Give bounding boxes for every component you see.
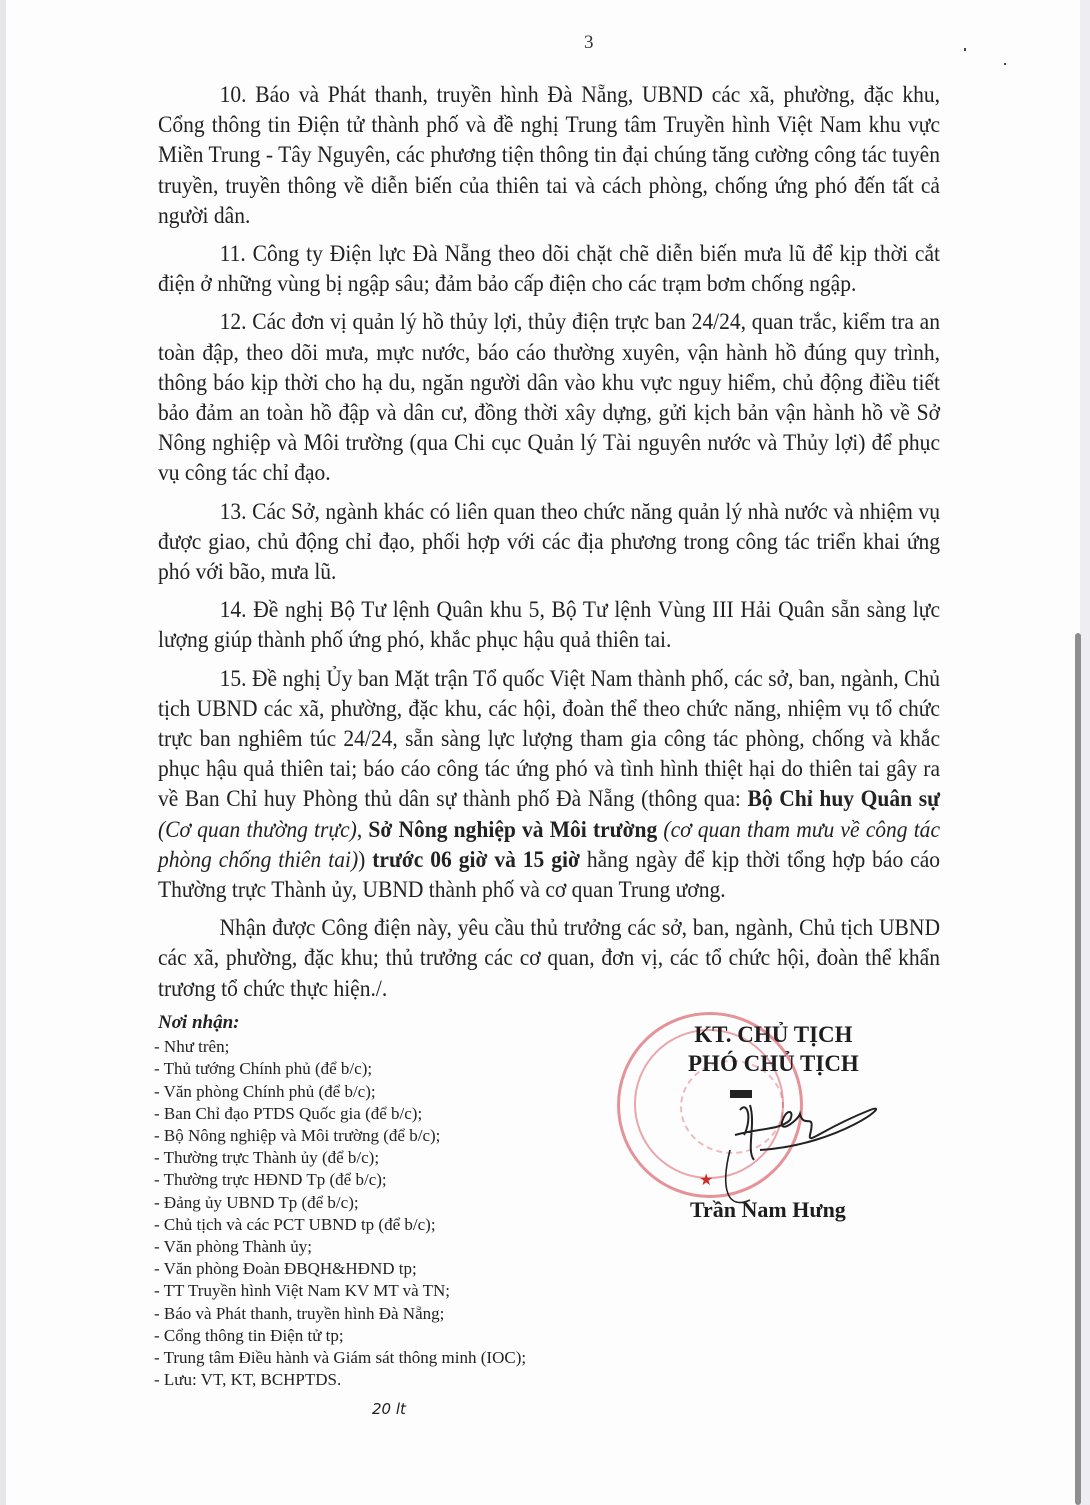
recipient-item: - Văn phòng Chính phủ (để b/c); xyxy=(154,1081,526,1103)
scan-speck xyxy=(1004,63,1006,65)
p15-bold-agri-dept: Sở Nông nghiệp và Môi trường xyxy=(368,817,657,843)
document-body: 10. Báo và Phát thanh, truyền hình Đà Nẵ… xyxy=(158,80,940,1012)
paragraph-15: 15. Đề nghị Ủy ban Mặt trận Tổ quốc Việt… xyxy=(158,664,940,906)
closing-paragraph: Nhận được Công điện này, yêu cầu thủ trư… xyxy=(158,913,940,1004)
recipient-item: - Văn phòng Đoàn ĐBQH&HĐND tp; xyxy=(154,1258,526,1280)
handwritten-note: 20 lt xyxy=(372,1400,406,1418)
recipient-item: - Văn phòng Thành ủy; xyxy=(154,1236,526,1258)
recipient-item: - Ban Chỉ đạo PTDS Quốc gia (để b/c); xyxy=(154,1103,526,1125)
recipient-item: - Cổng thông tin Điện tử tp; xyxy=(154,1325,526,1347)
page-number: 3 xyxy=(584,32,594,54)
signature-title-1: KT. CHỦ TỊCH xyxy=(688,1020,859,1049)
p15-bold-military-command: Bộ Chỉ huy Quân sự xyxy=(748,786,940,812)
recipient-item: - Báo và Phát thanh, truyền hình Đà Nẵng… xyxy=(154,1303,526,1325)
star-icon: ★ xyxy=(699,1170,713,1190)
recipients-block: Nơi nhận: - Như trên;- Thủ tướng Chính p… xyxy=(154,1012,526,1391)
signer-name: Trần Nam Hưng xyxy=(690,1197,846,1223)
recipient-item: - TT Truyền hình Việt Nam KV MT và TN; xyxy=(154,1280,526,1302)
vertical-scrollbar[interactable] xyxy=(1075,633,1081,1505)
p15-sep: ) xyxy=(358,847,372,873)
viewer-left-edge xyxy=(0,0,6,1505)
handwritten-signature-icon xyxy=(720,1090,900,1210)
p15-sep: , xyxy=(357,817,369,843)
recipient-item: - Chủ tịch và các PCT UBND tp (để b/c); xyxy=(154,1214,526,1236)
paragraph-11: 11. Công ty Điện lực Đà Nẵng theo dõi ch… xyxy=(158,239,940,299)
recipient-item: - Như trên; xyxy=(154,1036,526,1058)
signature-title-2: PHÓ CHỦ TỊCH xyxy=(688,1049,859,1078)
paragraph-13: 13. Các Sở, ngành khác có liên quan theo… xyxy=(158,497,940,588)
recipient-item: - Bộ Nông nghiệp và Môi trường (để b/c); xyxy=(154,1125,526,1147)
viewer-right-edge xyxy=(1080,0,1090,1505)
recipients-list: - Như trên;- Thủ tướng Chính phủ (để b/c… xyxy=(154,1036,526,1391)
paragraph-14: 14. Đề nghị Bộ Tư lệnh Quân khu 5, Bộ Tư… xyxy=(158,595,940,655)
recipient-item: - Thường trực Thành ủy (để b/c); xyxy=(154,1147,526,1169)
recipient-item: - Đảng ủy UBND Tp (để b/c); xyxy=(154,1192,526,1214)
recipients-title: Nơi nhận: xyxy=(158,1012,526,1034)
signature-block: KT. CHỦ TỊCH PHÓ CHỦ TỊCH xyxy=(688,1020,859,1078)
scan-speck xyxy=(964,48,966,51)
recipient-item: - Thường trực HĐND Tp (để b/c); xyxy=(154,1169,526,1191)
paragraph-10: 10. Báo và Phát thanh, truyền hình Đà Nẵ… xyxy=(158,80,940,231)
recipient-item: - Lưu: VT, KT, BCHPTDS. xyxy=(154,1369,526,1391)
p15-bold-deadline: trước 06 giờ và 15 giờ xyxy=(372,847,580,873)
recipient-item: - Thủ tướng Chính phủ (để b/c); xyxy=(154,1058,526,1080)
recipient-item: - Trung tâm Điều hành và Giám sát thông … xyxy=(154,1347,526,1369)
p15-italic-standing-agency: (Cơ quan thường trực) xyxy=(158,817,357,843)
paragraph-12: 12. Các đơn vị quản lý hồ thủy lợi, thủy… xyxy=(158,307,940,488)
